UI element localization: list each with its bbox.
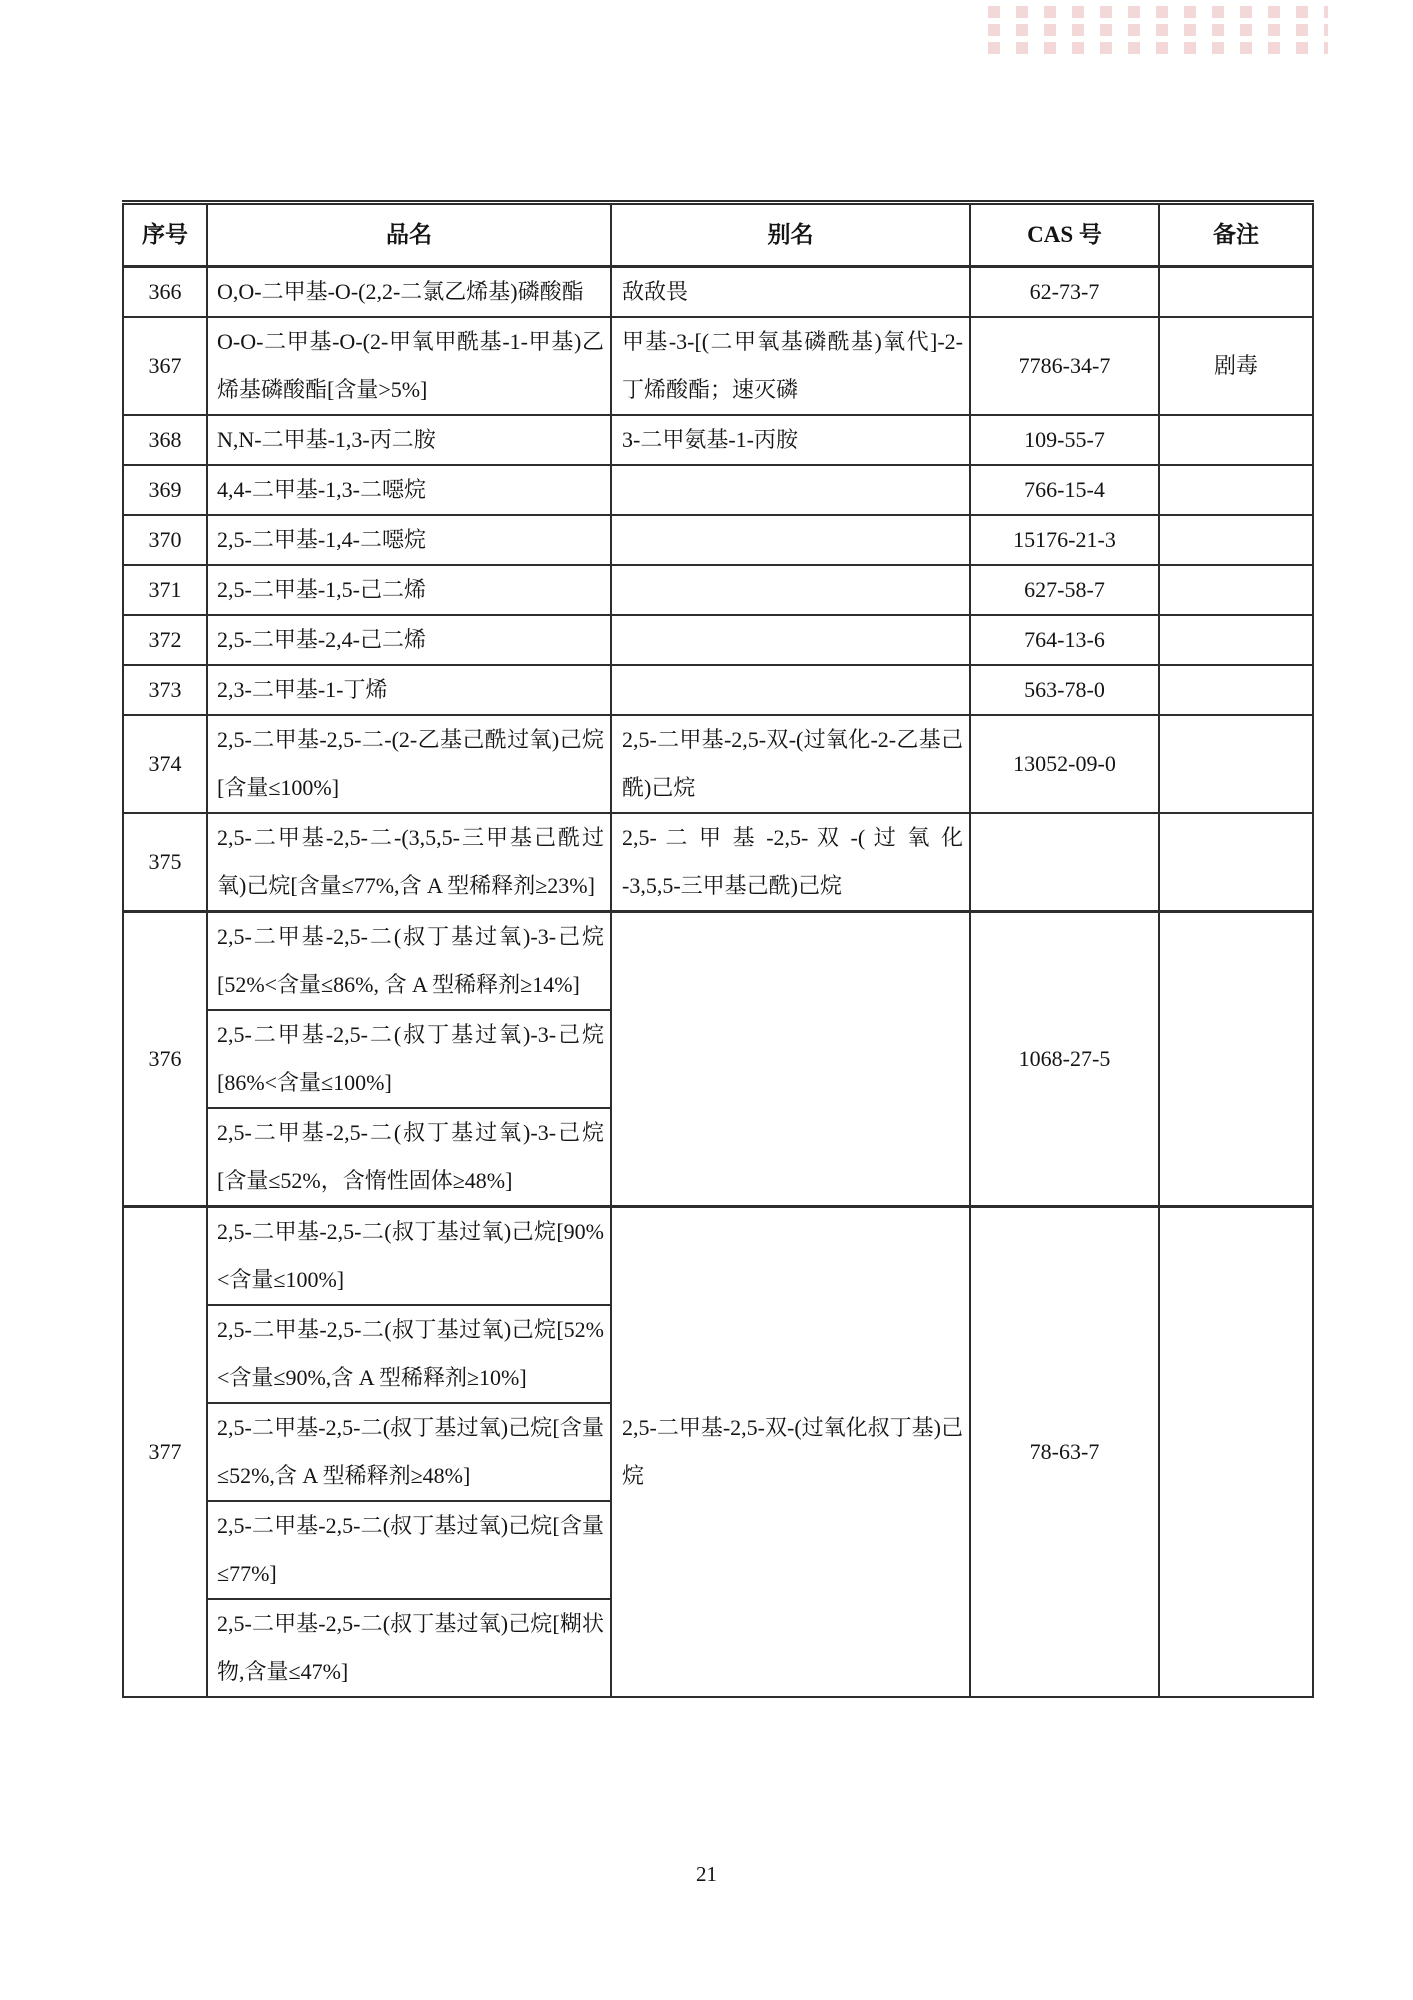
table-row: 370 2,5-二甲基-1,4-二噁烷 15176-21-3 xyxy=(123,515,1313,565)
product-name: 2,5-二甲基-2,5-二(叔丁基过氧)-3-己烷[86%<含量≤100%] xyxy=(207,1010,611,1108)
remark xyxy=(1159,615,1313,665)
col-header-alias: 别名 xyxy=(611,203,970,267)
table-row: 374 2,5-二甲基-2,5-二-(2-乙基己酰过氧)己烷[含量≤100%] … xyxy=(123,715,1313,813)
cas-number: 62-73-7 xyxy=(970,267,1159,318)
cas-number: 563-78-0 xyxy=(970,665,1159,715)
table-row: 366 O,O-二甲基-O-(2,2-二氯乙烯基)磷酸酯 敌敌畏 62-73-7 xyxy=(123,267,1313,318)
cas-number xyxy=(970,813,1159,912)
alias: 2,5- 二 甲 基 -2,5- 双 -( 过 氧 化 -3,5,5-三甲基己酰… xyxy=(611,813,970,912)
alias xyxy=(611,665,970,715)
product-name: O-O-二甲基-O-(2-甲氧甲酰基-1-甲基)乙烯基磷酸酯[含量>5%] xyxy=(207,317,611,415)
row-index: 369 xyxy=(123,465,207,515)
cas-number: 109-55-7 xyxy=(970,415,1159,465)
col-header-index: 序号 xyxy=(123,203,207,267)
header-row: 序号 品名 别名 CAS 号 备注 xyxy=(123,203,1313,267)
alias: 2,5-二甲基-2,5-双-(过氧化叔丁基)己烷 xyxy=(611,1207,970,1698)
remark xyxy=(1159,465,1313,515)
row-index: 376 xyxy=(123,912,207,1207)
remark xyxy=(1159,813,1313,912)
cas-number: 764-13-6 xyxy=(970,615,1159,665)
product-name: 2,5-二甲基-2,5-二(叔丁基过氧)己烷[含量≤77%] xyxy=(207,1501,611,1599)
alias xyxy=(611,465,970,515)
alias: 2,5-二甲基-2,5-双-(过氧化-2-乙基己酰)己烷 xyxy=(611,715,970,813)
row-index: 375 xyxy=(123,813,207,912)
watermark-pattern xyxy=(988,6,1328,60)
remark xyxy=(1159,715,1313,813)
row-index: 367 xyxy=(123,317,207,415)
remark: 剧毒 xyxy=(1159,317,1313,415)
product-name: 2,5-二甲基-2,4-己二烯 xyxy=(207,615,611,665)
alias: 敌敌畏 xyxy=(611,267,970,318)
alias: 甲基-3-[(二甲氧基磷酰基)氧代]-2-丁烯酸酯；速灭磷 xyxy=(611,317,970,415)
cas-number: 78-63-7 xyxy=(970,1207,1159,1698)
chemicals-table: 序号 品名 别名 CAS 号 备注 366 O,O-二甲基-O-(2,2-二氯乙… xyxy=(122,200,1314,1698)
row-index: 372 xyxy=(123,615,207,665)
remark xyxy=(1159,267,1313,318)
product-name: 2,5-二甲基-2,5-二(叔丁基过氧)己烷[糊状物,含量≤47%] xyxy=(207,1599,611,1697)
alias: 3-二甲氨基-1-丙胺 xyxy=(611,415,970,465)
table-row: 367 O-O-二甲基-O-(2-甲氧甲酰基-1-甲基)乙烯基磷酸酯[含量>5%… xyxy=(123,317,1313,415)
table-row: 373 2,3-二甲基-1-丁烯 563-78-0 xyxy=(123,665,1313,715)
table-row: 377 2,5-二甲基-2,5-二(叔丁基过氧)己烷[90%<含量≤100%] … xyxy=(123,1207,1313,1306)
table-row: 371 2,5-二甲基-1,5-己二烯 627-58-7 xyxy=(123,565,1313,615)
remark xyxy=(1159,1207,1313,1698)
row-index: 370 xyxy=(123,515,207,565)
alias xyxy=(611,515,970,565)
product-name: 2,5-二甲基-1,5-己二烯 xyxy=(207,565,611,615)
product-name: 2,5-二甲基-1,4-二噁烷 xyxy=(207,515,611,565)
product-name: N,N-二甲基-1,3-丙二胺 xyxy=(207,415,611,465)
alias xyxy=(611,565,970,615)
cas-number: 627-58-7 xyxy=(970,565,1159,615)
cas-number: 7786-34-7 xyxy=(970,317,1159,415)
cas-number: 766-15-4 xyxy=(970,465,1159,515)
row-index: 371 xyxy=(123,565,207,615)
alias xyxy=(611,615,970,665)
product-name: 2,5-二甲基-2,5-二(叔丁基过氧)己烷[含量≤52%,含 A 型稀释剂≥4… xyxy=(207,1403,611,1501)
product-name: 2,5-二甲基-2,5-二-(2-乙基己酰过氧)己烷[含量≤100%] xyxy=(207,715,611,813)
row-index: 373 xyxy=(123,665,207,715)
product-name: 2,5-二甲基-2,5-二(叔丁基过氧)己烷[90%<含量≤100%] xyxy=(207,1207,611,1306)
row-index: 374 xyxy=(123,715,207,813)
product-name: 2,5-二甲基-2,5-二(叔丁基过氧)-3-己烷[含量≤52%，含惰性固体≥4… xyxy=(207,1108,611,1207)
product-name: 2,5-二甲基-2,5-二(叔丁基过氧)己烷[52%<含量≤90%,含 A 型稀… xyxy=(207,1305,611,1403)
col-header-name: 品名 xyxy=(207,203,611,267)
remark xyxy=(1159,565,1313,615)
col-header-remark: 备注 xyxy=(1159,203,1313,267)
product-name: 2,3-二甲基-1-丁烯 xyxy=(207,665,611,715)
table-row: 369 4,4-二甲基-1,3-二噁烷 766-15-4 xyxy=(123,465,1313,515)
cas-number: 13052-09-0 xyxy=(970,715,1159,813)
product-name: 2,5-二甲基-2,5-二-(3,5,5-三甲基己酰过氧)己烷[含量≤77%,含… xyxy=(207,813,611,912)
product-name: O,O-二甲基-O-(2,2-二氯乙烯基)磷酸酯 xyxy=(207,267,611,318)
product-name: 2,5-二甲基-2,5-二(叔丁基过氧)-3-己烷[52%<含量≤86%, 含 … xyxy=(207,912,611,1011)
remark xyxy=(1159,912,1313,1207)
page-number: 21 xyxy=(0,1862,1413,1887)
cas-number: 15176-21-3 xyxy=(970,515,1159,565)
table-row: 376 2,5-二甲基-2,5-二(叔丁基过氧)-3-己烷[52%<含量≤86%… xyxy=(123,912,1313,1011)
cas-number: 1068-27-5 xyxy=(970,912,1159,1207)
col-header-cas: CAS 号 xyxy=(970,203,1159,267)
remark xyxy=(1159,515,1313,565)
remark xyxy=(1159,665,1313,715)
product-name: 4,4-二甲基-1,3-二噁烷 xyxy=(207,465,611,515)
remark xyxy=(1159,415,1313,465)
table-row: 368 N,N-二甲基-1,3-丙二胺 3-二甲氨基-1-丙胺 109-55-7 xyxy=(123,415,1313,465)
row-index: 366 xyxy=(123,267,207,318)
row-index: 377 xyxy=(123,1207,207,1698)
alias xyxy=(611,912,970,1207)
table-row: 375 2,5-二甲基-2,5-二-(3,5,5-三甲基己酰过氧)己烷[含量≤7… xyxy=(123,813,1313,912)
row-index: 368 xyxy=(123,415,207,465)
table-row: 372 2,5-二甲基-2,4-己二烯 764-13-6 xyxy=(123,615,1313,665)
